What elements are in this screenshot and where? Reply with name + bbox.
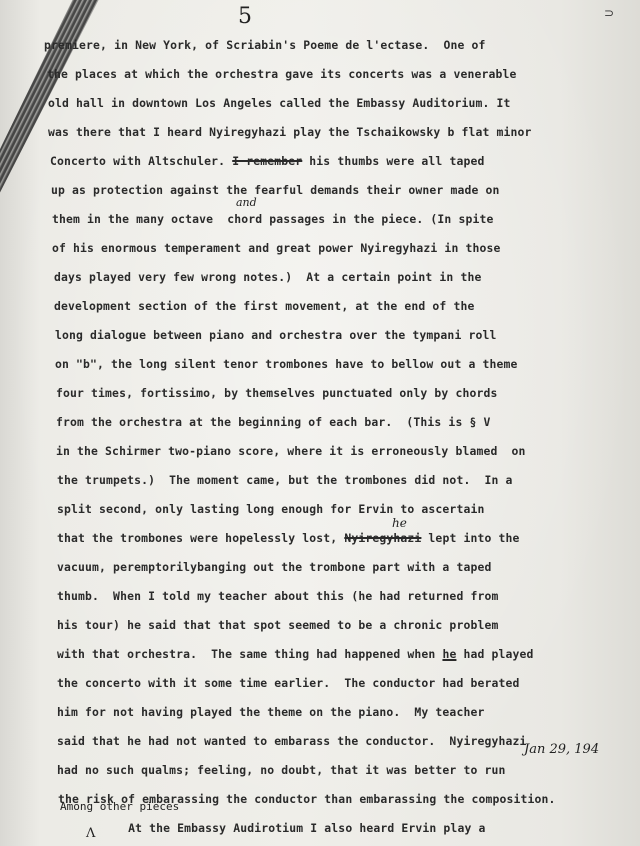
text-line: split second, only lasting long enough f…: [57, 502, 484, 516]
text-segment: with that orchestra. The same thing had …: [57, 647, 442, 661]
struck-text: I remember: [232, 154, 302, 168]
typed-insertion: Among other pieces: [60, 800, 179, 813]
page-number: 5: [238, 4, 252, 29]
text-line: them in the many octave chord passages i…: [52, 212, 494, 226]
text-line: Concerto with Altschuler. I remember his…: [50, 154, 484, 168]
corrected-name: Nyiregyhazi: [344, 531, 421, 545]
text-line: long dialogue between piano and orchestr…: [55, 328, 497, 342]
text-line: development section of the first movemen…: [54, 299, 474, 313]
text-line: premiere, in New York, of Scriabin's Poe…: [44, 38, 486, 52]
text-segment: that the trombones were hopelessly lost,: [57, 531, 344, 545]
handwritten-margin-date: Jan 29, 194: [524, 742, 599, 757]
text-line: in the Schirmer two-piano score, where i…: [56, 444, 526, 458]
text-segment: his thumbs were all taped: [302, 154, 484, 168]
text-line: vacuum, peremptorilybanging out the trom…: [57, 560, 491, 574]
text-line: was there that I heard Nyiregyhazi play …: [48, 125, 532, 139]
text-line: from the orchestra at the beginning of e…: [56, 415, 490, 429]
text-line: days played very few wrong notes.) At a …: [54, 270, 481, 284]
text-line: him for not having played the theme on t…: [57, 705, 484, 719]
text-line: old hall in downtown Los Angeles called …: [48, 96, 511, 110]
text-line: that the trombones were hopelessly lost,…: [57, 531, 520, 545]
text-segment: Concerto with Altschuler.: [50, 154, 232, 168]
caret-mark: Λ: [86, 826, 95, 841]
text-line: his tour) he said that that spot seemed …: [57, 618, 499, 632]
text-segment: lept into the: [421, 531, 519, 545]
handwritten-insert-and: and: [236, 196, 257, 209]
text-line: up as protection against the fearful dem…: [51, 183, 500, 197]
text-line: At the Embassy Audirotium I also heard E…: [58, 821, 485, 835]
text-line: the places at which the orchestra gave i…: [47, 67, 517, 81]
text-line: four times, fortissimo, by themselves pu…: [56, 386, 498, 400]
text-line: the concerto with it some time earlier. …: [57, 676, 520, 690]
text-line: said that he had not wanted to embarass …: [57, 734, 527, 748]
corner-mark: ⊃: [604, 6, 614, 20]
text-segment: had played: [456, 647, 533, 661]
text-line: thumb. When I told my teacher about this…: [57, 589, 499, 603]
handwritten-insert-he: he: [392, 516, 407, 530]
text-line: had no such qualms; feeling, no doubt, t…: [57, 763, 506, 777]
text-line: of his enormous temperament and great po…: [52, 241, 501, 255]
text-line: with that orchestra. The same thing had …: [57, 647, 534, 661]
text-line: on "b", the long silent tenor trombones …: [55, 357, 518, 371]
underlined-word: he: [442, 647, 456, 661]
text-line: the trumpets.) The moment came, but the …: [57, 473, 513, 487]
